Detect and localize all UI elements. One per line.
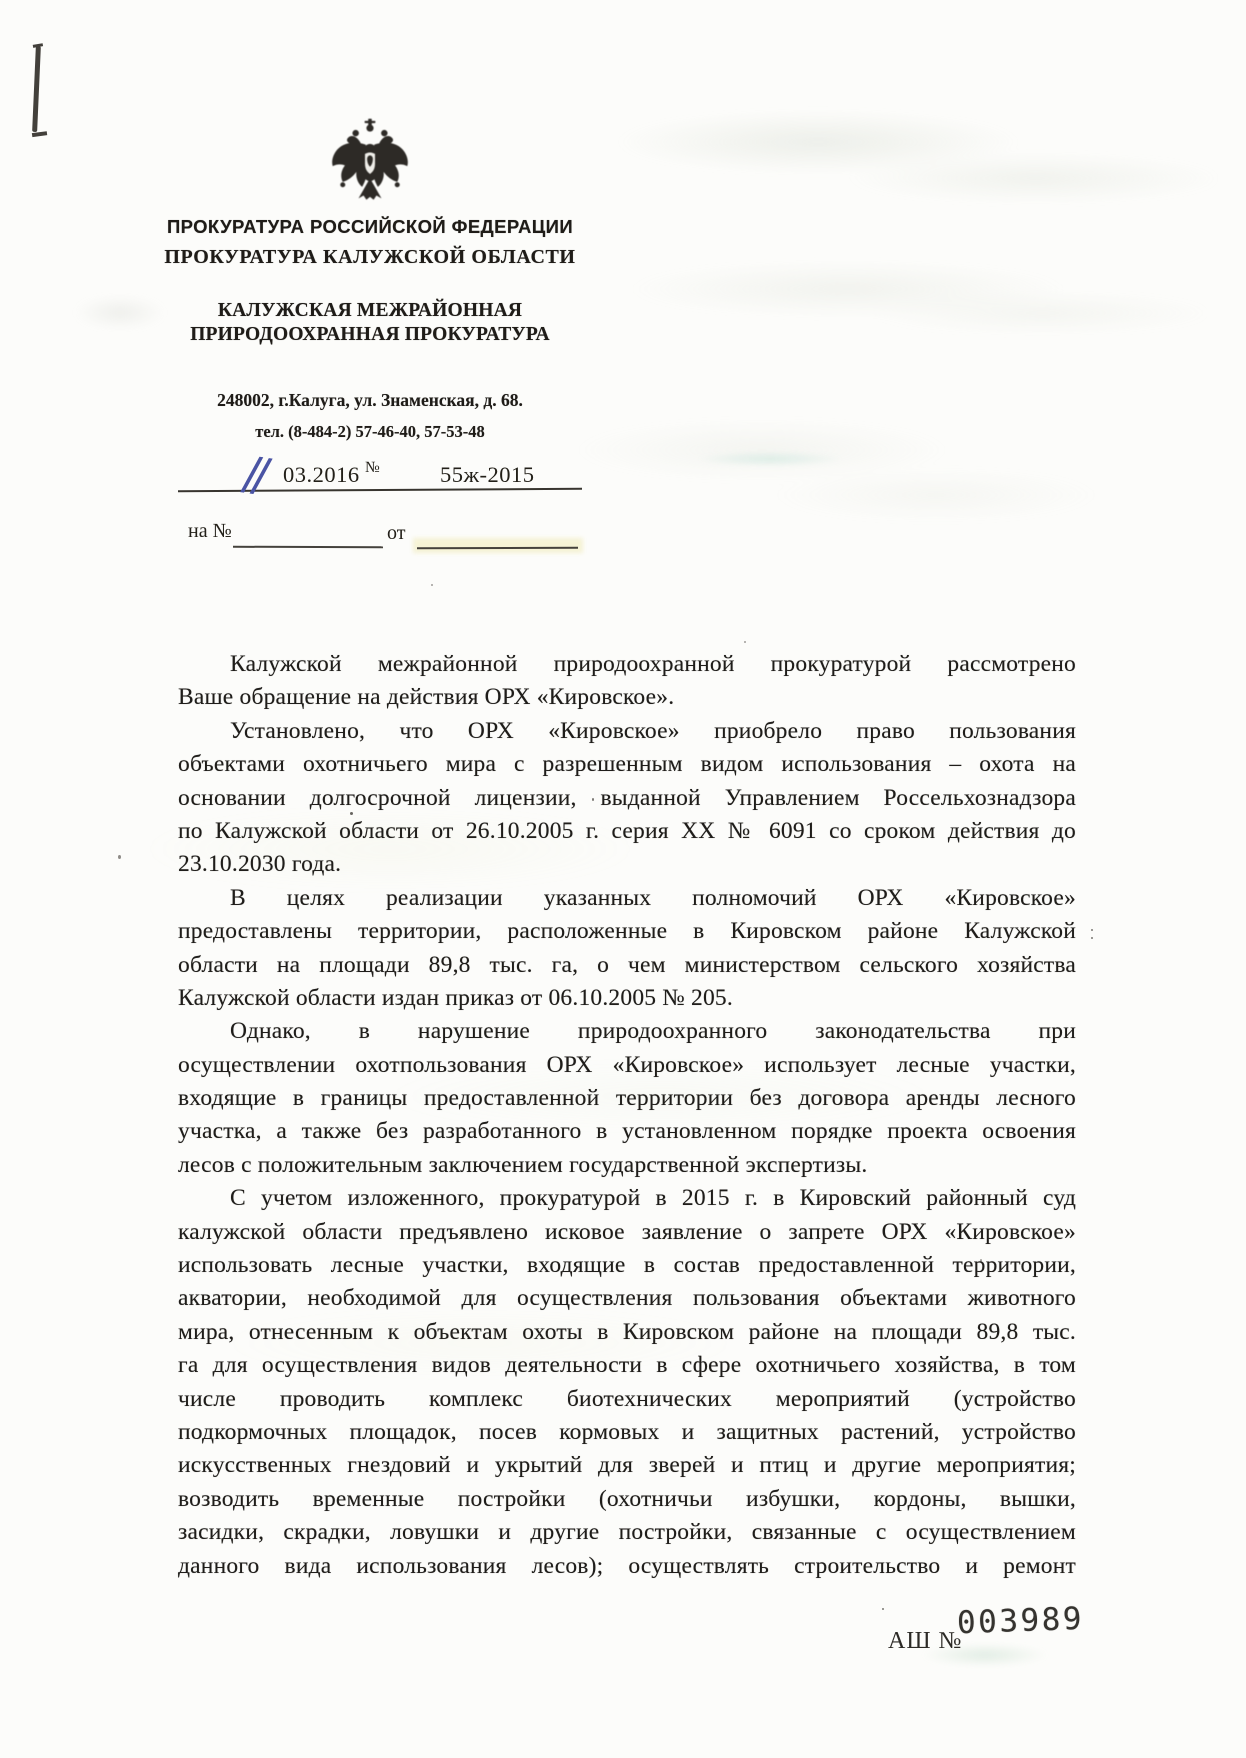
org-phone: тел. (8-484-2) 57-46-40, 57-53-48: [140, 422, 600, 442]
body-line: Калужской межрайонной природоохранной пр…: [178, 648, 1076, 681]
ref-case-number: 55ж-2015: [440, 462, 535, 488]
scan-speck: [882, 1608, 884, 1610]
ghost-smudge: [665, 448, 875, 470]
ref-number-sign: №: [365, 459, 380, 477]
body-line: данного вида использования лесов); осуще…: [178, 1550, 1076, 1583]
body-line: калужской области предъявлено исковое за…: [178, 1216, 1076, 1249]
body-line: искусственных гнездовий и укрытий для зв…: [178, 1449, 1076, 1482]
body-line: основании долгосрочной лицензии, выданно…: [178, 782, 1076, 815]
body-line: возводить временные постройки (охотничьи…: [178, 1483, 1076, 1516]
letterhead: ПРОКУРАТУРА РОССИЙСКОЙ ФЕДЕРАЦИИ ПРОКУРА…: [140, 115, 600, 442]
body-line: акватории, необходимой для осуществления…: [178, 1282, 1076, 1315]
org-unit-line2: ПРИРОДООХРАННАЯ ПРОКУРАТУРА: [140, 323, 600, 347]
letter-body: Калужской межрайонной природоохранной пр…: [178, 648, 1076, 1583]
body-line: входящие в границы предоставленной терри…: [178, 1082, 1076, 1115]
scan-speck: [744, 641, 746, 643]
stamp-label: АШ №: [888, 1628, 962, 1655]
org-federation-title: ПРОКУРАТУРА РОССИЙСКОЙ ФЕДЕРАЦИИ: [140, 216, 600, 238]
scan-tint: [413, 538, 583, 553]
body-line: мира, отнесенным к объектам охоты в Киро…: [178, 1316, 1076, 1349]
scan-speck: [350, 812, 353, 815]
body-line: лесов с положительным заключением госуда…: [178, 1149, 1076, 1182]
body-line: подкормочных площадок, посев кормовых и …: [178, 1416, 1076, 1449]
body-line: по Калужской области от 26.10.2005 г. се…: [178, 815, 1076, 848]
body-line: предоставлены территории, расположенные …: [178, 915, 1076, 948]
scan-speck: [118, 855, 121, 859]
coat-of-arms-icon: [327, 115, 413, 210]
stamp-number: 003989: [956, 1601, 1084, 1641]
scan-speck: [1091, 937, 1093, 939]
body-line: использовать лесные участки, входящие в …: [178, 1249, 1076, 1282]
ghost-smudge: [530, 390, 1110, 540]
reply-number-blank: [233, 546, 383, 549]
body-line: участка, а также без разработанного в ус…: [178, 1115, 1076, 1148]
org-region-title: ПРОКУРАТУРА КАЛУЖСКОЙ ОБЛАСТИ: [140, 246, 600, 269]
body-line: Калужской области издан приказ от 06.10.…: [178, 982, 1076, 1015]
scan-speck: [980, 1259, 982, 1262]
body-line: Установлено, что ОРХ «Кировское» приобре…: [178, 715, 1076, 748]
body-line: 23.10.2030 года.: [178, 848, 1076, 881]
scan-speck: [592, 798, 594, 801]
body-line: засидки, скрадки, ловушки и другие постр…: [178, 1516, 1076, 1549]
body-line: га для осуществления видов деятельности …: [178, 1349, 1076, 1382]
ref-date: 03.2016: [283, 462, 360, 488]
body-line: Ваше обращение на действия ОРХ «Кировско…: [178, 681, 1076, 714]
scan-speck: [1091, 929, 1093, 931]
body-line: В целях реализации указанных полномочий …: [178, 882, 1076, 915]
body-line: объектами охотничьего мира с разрешенным…: [178, 748, 1076, 781]
body-line: С учетом изложенного, прокуратурой в 201…: [178, 1182, 1076, 1215]
body-line: области на площади 89,8 тыс. га, о чем м…: [178, 949, 1076, 982]
scan-artifact-mark: [32, 46, 41, 132]
strikethrough-line: [178, 488, 582, 493]
body-line: Однако, в нарушение природоохранного зак…: [178, 1015, 1076, 1048]
scanned-letter-page: ПРОКУРАТУРА РОССИЙСКОЙ ФЕДЕРАЦИИ ПРОКУРА…: [0, 0, 1246, 1758]
ghost-smudge: [555, 235, 1205, 355]
reply-ot-label: от: [387, 522, 405, 545]
body-line: числе проводить комплекс биотехнических …: [178, 1383, 1076, 1416]
org-unit-line1: КАЛУЖСКАЯ МЕЖРАЙОННАЯ: [140, 299, 600, 323]
handwritten-day-mark: //: [242, 447, 268, 503]
org-address: 248002, г.Калуга, ул. Знаменская, д. 68.: [140, 390, 600, 411]
body-line: осуществлении охотпользования ОРХ «Киров…: [178, 1049, 1076, 1082]
reply-na-label: на №: [188, 520, 232, 543]
ghost-smudge: [575, 90, 1215, 220]
scan-speck: [431, 584, 433, 586]
